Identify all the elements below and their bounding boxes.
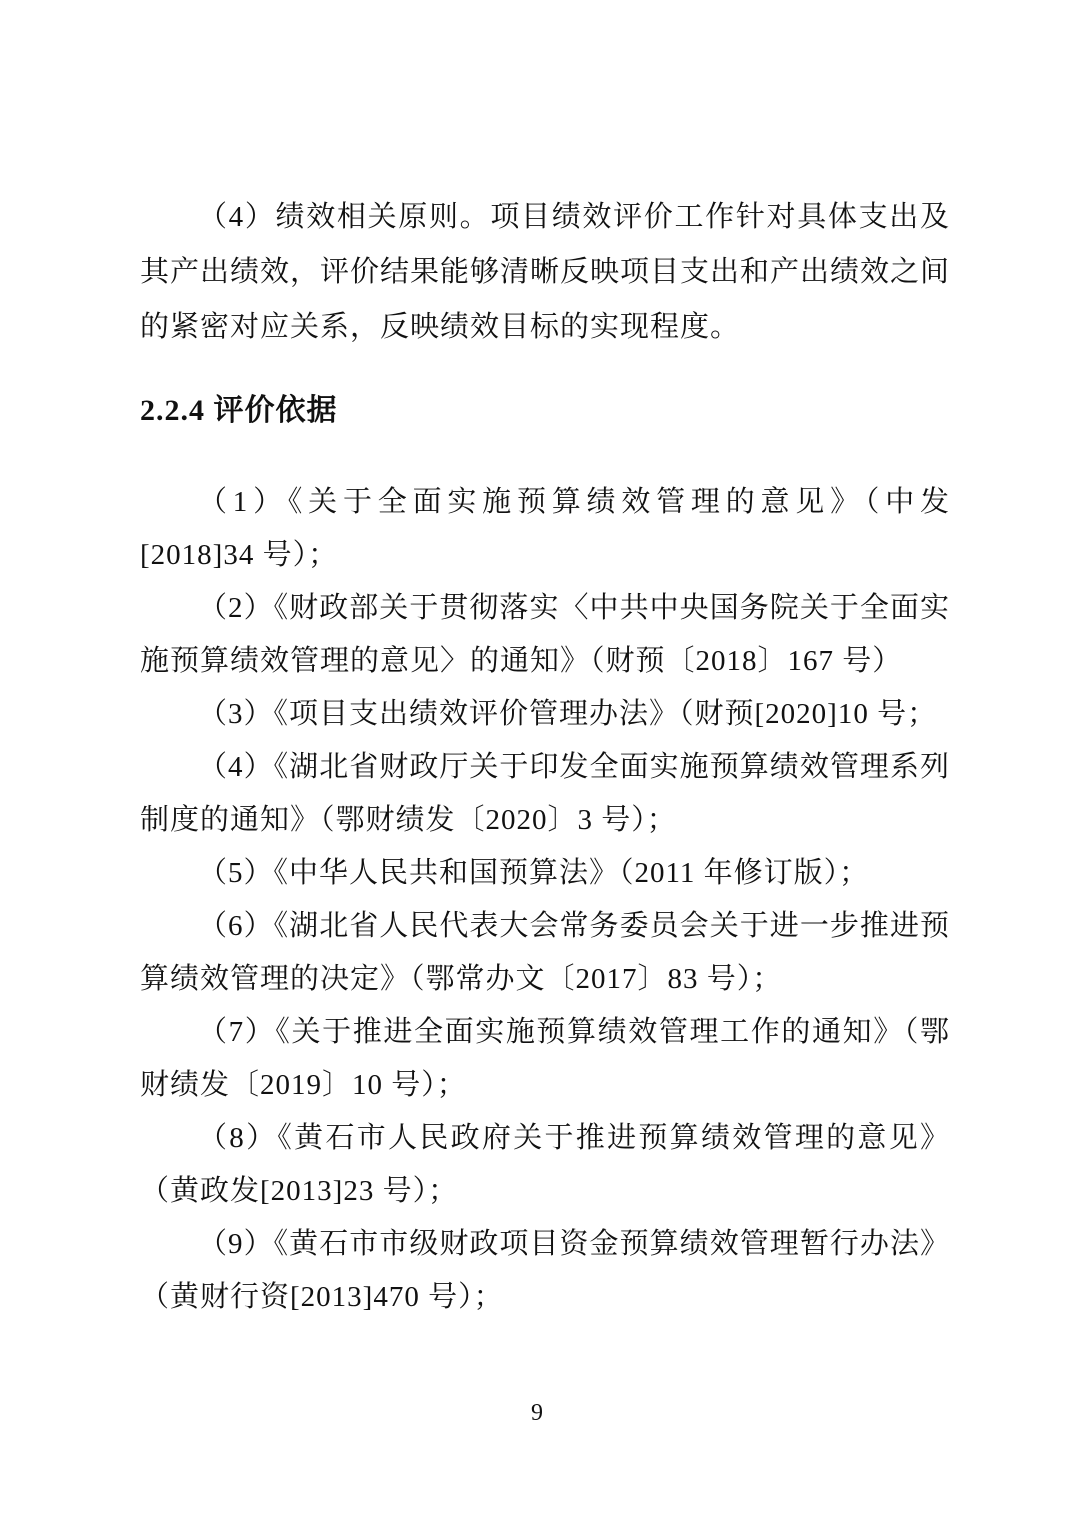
reference-item-3: （3）《项目支出绩效评价管理办法》（财预[2020]10 号；	[140, 688, 950, 741]
reference-item-6: （6）《湖北省人民代表大会常务委员会关于进一步推进预算绩效管理的决定》（鄂常办文…	[140, 900, 950, 1006]
document-content: （4）绩效相关原则。项目绩效评价工作针对具体支出及其产出绩效，评价结果能够清晰反…	[0, 0, 1074, 1324]
reference-item-9: （9）《黄石市市级财政项目资金预算绩效管理暂行办法》（黄财行资[2013]470…	[140, 1218, 950, 1324]
reference-list: （1）《关于全面实施预算绩效管理的意见》（中发[2018]34 号）； （2）《…	[140, 476, 950, 1324]
reference-item-2: （2）《财政部关于贯彻落实〈中共中央国务院关于全面实施预算绩效管理的意见〉的通知…	[140, 582, 950, 688]
reference-item-8: （8）《黄石市人民政府关于推进预算绩效管理的意见》（黄政发[2013]23 号）…	[140, 1112, 950, 1218]
section-heading-2-2-4: 2.2.4 评价依据	[140, 383, 950, 438]
reference-item-5: （5）《中华人民共和国预算法》（2011 年修订版）；	[140, 847, 950, 900]
reference-item-7: （7）《关于推进全面实施预算绩效管理工作的通知》（鄂财绩发〔2019〕10 号）…	[140, 1006, 950, 1112]
paragraph-performance-principle: （4）绩效相关原则。项目绩效评价工作针对具体支出及其产出绩效，评价结果能够清晰反…	[140, 190, 950, 355]
reference-item-1: （1）《关于全面实施预算绩效管理的意见》（中发[2018]34 号）；	[140, 476, 950, 582]
page-number: 9	[0, 1398, 1074, 1428]
document-page: （4）绩效相关原则。项目绩效评价工作针对具体支出及其产出绩效，评价结果能够清晰反…	[0, 0, 1074, 1520]
reference-item-4: （4）《湖北省财政厅关于印发全面实施预算绩效管理系列制度的通知》（鄂财绩发〔20…	[140, 741, 950, 847]
